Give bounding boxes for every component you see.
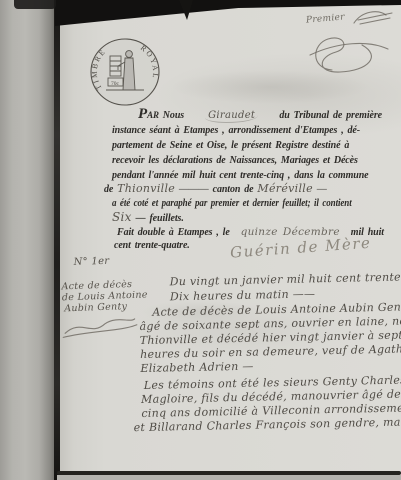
act-text-line: Du vingt un janvier mil huit cent trente… (169, 270, 401, 288)
act-text-line: Elizabeth Adrien — (140, 360, 253, 375)
act-text-line: Dix heures du matin —— (170, 287, 316, 303)
registry-scan-page: TIMBRE ROYAL 70c Premier PAR Nous (0, 0, 401, 480)
act-body: Du vingt un janvier mil huit cent trente… (0, 0, 401, 480)
